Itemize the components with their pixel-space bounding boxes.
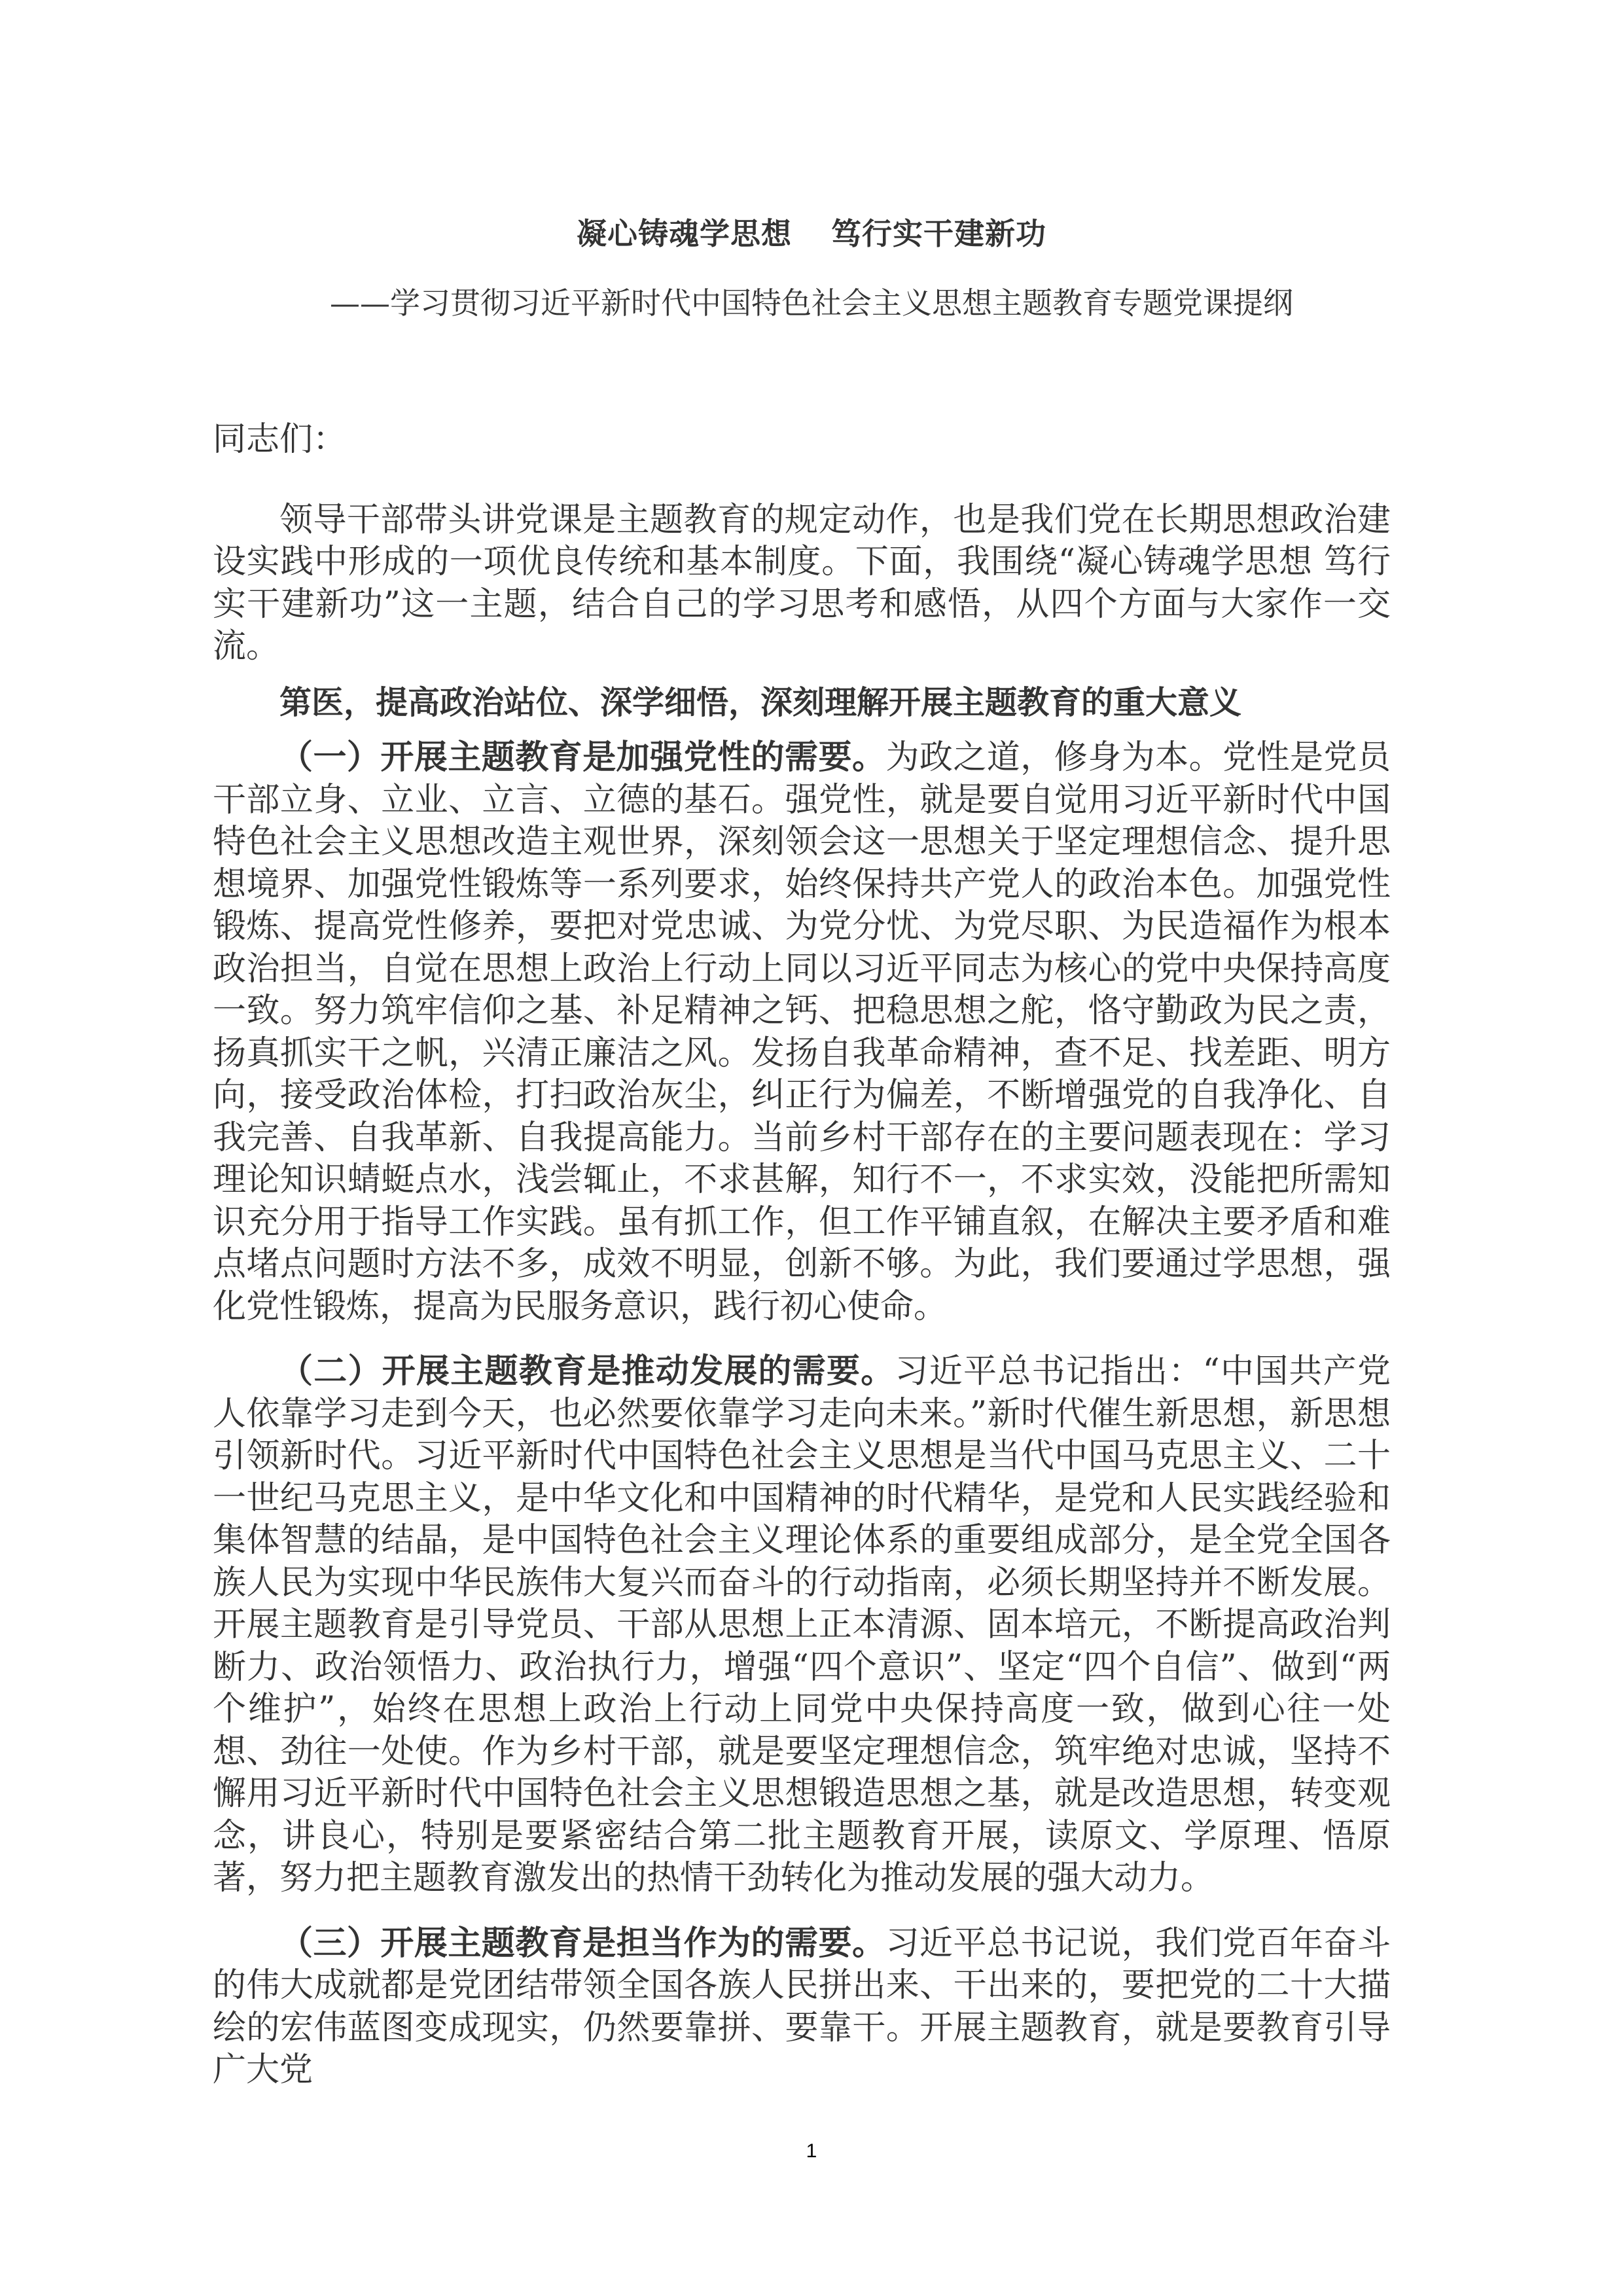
title-part-1: 凝心铸魂学思想 xyxy=(577,216,792,251)
spacer xyxy=(213,1328,1391,1350)
body-paragraph-3: （三）开展主题教育是担当作为的需要。习近平总书记说，我们党百年奋斗的伟大成就都是… xyxy=(213,1922,1391,2092)
body-paragraph-1: （一）开展主题教育是加强党性的需要。为政之道，修身为本。党性是党员干部立身、立业… xyxy=(213,736,1391,1328)
section-heading-1: 第医，提高政治站位、深学细悟，深刻理解开展主题教育的重大意义 xyxy=(213,681,1391,724)
document-body: 同志们： 领导干部带头讲党课是主题教育的规定动作，也是我们党在长期思想政治建设实… xyxy=(213,419,1391,2092)
spacer xyxy=(213,723,1391,736)
paragraph-lead: （三）开展主题教育是担当作为的需要。 xyxy=(279,1924,885,1963)
paragraph-lead: （二）开展主题教育是推动发展的需要。 xyxy=(279,1352,895,1391)
document-title: 凝心铸魂学思想笃行实干建新功 xyxy=(0,211,1623,257)
document-page: 凝心铸魂学思想笃行实干建新功 ——学习贯彻习近平新时代中国特色社会主义思想主题教… xyxy=(0,0,1623,2296)
spacer xyxy=(213,1900,1391,1922)
paragraph-text: 为政之道，修身为本。党性是党员干部立身、立业、立言、立德的基石。强党性，就是要自… xyxy=(213,738,1391,1326)
spacer xyxy=(213,461,1391,499)
title-part-2: 笃行实干建新功 xyxy=(831,216,1046,251)
paragraph-lead: （一）开展主题教育是加强党性的需要。 xyxy=(279,738,885,777)
salutation: 同志们： xyxy=(213,419,1391,461)
page-number: 1 xyxy=(0,2140,1623,2162)
body-paragraph-2: （二）开展主题教育是推动发展的需要。习近平总书记指出：“中国共产党人依靠学习走到… xyxy=(213,1350,1391,1900)
intro-paragraph: 领导干部带头讲党课是主题教育的规定动作，也是我们党在长期思想政治建设实践中形成的… xyxy=(213,499,1391,668)
paragraph-text: 习近平总书记指出：“中国共产党人依靠学习走到今天，也必然要依靠学习走向未来。”新… xyxy=(213,1352,1391,1897)
spacer xyxy=(213,668,1391,681)
document-subtitle: ——学习贯彻习近平新时代中国特色社会主义思想主题教育专题党课提纲 xyxy=(0,280,1623,326)
